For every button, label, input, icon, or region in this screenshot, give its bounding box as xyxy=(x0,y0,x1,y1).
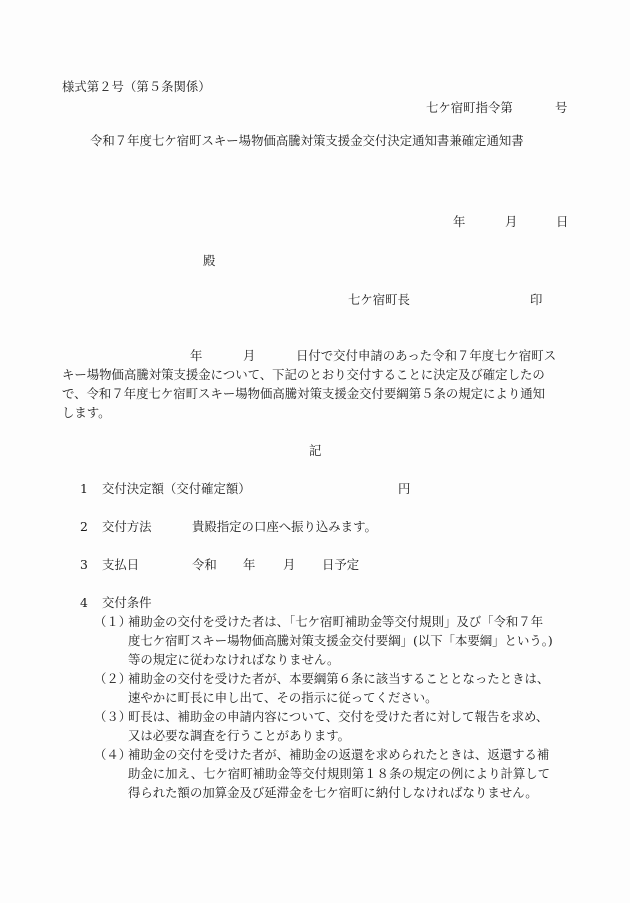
item-label: 支払日 xyxy=(102,555,139,574)
item-value: 貴殿指定の口座へ振り込みます。 xyxy=(192,517,377,536)
recipient-honorific: 殿 xyxy=(203,251,215,270)
issuer-name: 七ケ宿町長 xyxy=(348,290,410,309)
body-date-year: 年 xyxy=(190,346,202,365)
condition-line: 助金に加え、七ケ宿町補助金等交付規則第１８条の規定の例により計算して xyxy=(128,764,550,783)
condition-line: 度七ケ宿町スキー場物価高騰対策支援金交付要綱」(以下「本要綱」という。) xyxy=(128,631,553,650)
condition-number: （２） xyxy=(94,669,131,688)
body-line-3: で、令和７年度七ケ宿町スキー場物価高騰対策支援金交付要綱第５条の規定により通知 xyxy=(62,384,545,403)
body-line-1: 日付で交付申請のあった令和７年度七ケ宿町ス xyxy=(296,346,556,365)
item-label: 交付決定額（交付確定額） xyxy=(102,479,251,498)
condition-line: 等の規定に従わなければなりません。 xyxy=(128,650,339,669)
condition-line: 町長は、補助金の申請内容について、交付を受けた者に対して報告を求め、 xyxy=(128,707,548,726)
date-day: 日 xyxy=(556,212,568,231)
condition-line: 又は必要な調査を行うことがあります。 xyxy=(128,726,350,745)
item-era: 令和 xyxy=(192,555,217,574)
ki-heading: 記 xyxy=(309,441,321,460)
item-month: 月 xyxy=(283,555,295,574)
item-number: 3 xyxy=(80,555,88,574)
item-label: 交付方法 xyxy=(102,517,152,536)
condition-line: 速やかに町長に申し出て、その指示に従ってください。 xyxy=(128,688,438,707)
condition-line: 補助金の交付を受けた者が、本要綱第６条に該当することとなったときは、 xyxy=(128,669,549,688)
condition-number: （１） xyxy=(94,612,131,631)
body-line-4: します。 xyxy=(62,403,111,422)
item-number: 2 xyxy=(80,517,88,536)
page-title: 令和７年度七ケ宿町スキー場物価高騰対策支援金交付決定通知書兼確定通知書 xyxy=(90,131,524,150)
condition-line: 得られた額の加算金及び延滞金を七ケ宿町に納付しなければなりません。 xyxy=(128,783,538,802)
date-month: 月 xyxy=(505,212,517,231)
item-label: 交付条件 xyxy=(102,593,152,612)
item-number: 4 xyxy=(80,593,88,612)
ref-number-suffix: 号 xyxy=(555,98,567,117)
body-date-month: 月 xyxy=(243,346,255,365)
form-id: 様式第２号（第５条関係） xyxy=(62,77,211,96)
condition-number: （４） xyxy=(94,745,131,764)
item-day: 日予定 xyxy=(322,555,359,574)
item-year: 年 xyxy=(243,555,255,574)
item-value: 円 xyxy=(398,479,410,498)
ref-number-prefix: 七ケ宿町指令第 xyxy=(426,98,513,117)
body-line-2: キー場物価高騰対策支援金について、下記のとおり交付することに決定及び確定したの xyxy=(62,365,545,384)
condition-line: 補助金の交付を受けた者が、補助金の返還を求められたときは、返還する補 xyxy=(128,745,549,764)
condition-line: 補助金の交付を受けた者は、「七ケ宿町補助金等交付規則」及び「令和７年 xyxy=(128,612,543,631)
date-year: 年 xyxy=(453,212,465,231)
condition-number: （３） xyxy=(94,707,131,726)
item-number: 1 xyxy=(80,479,88,498)
issuer-seal: 印 xyxy=(530,290,542,309)
